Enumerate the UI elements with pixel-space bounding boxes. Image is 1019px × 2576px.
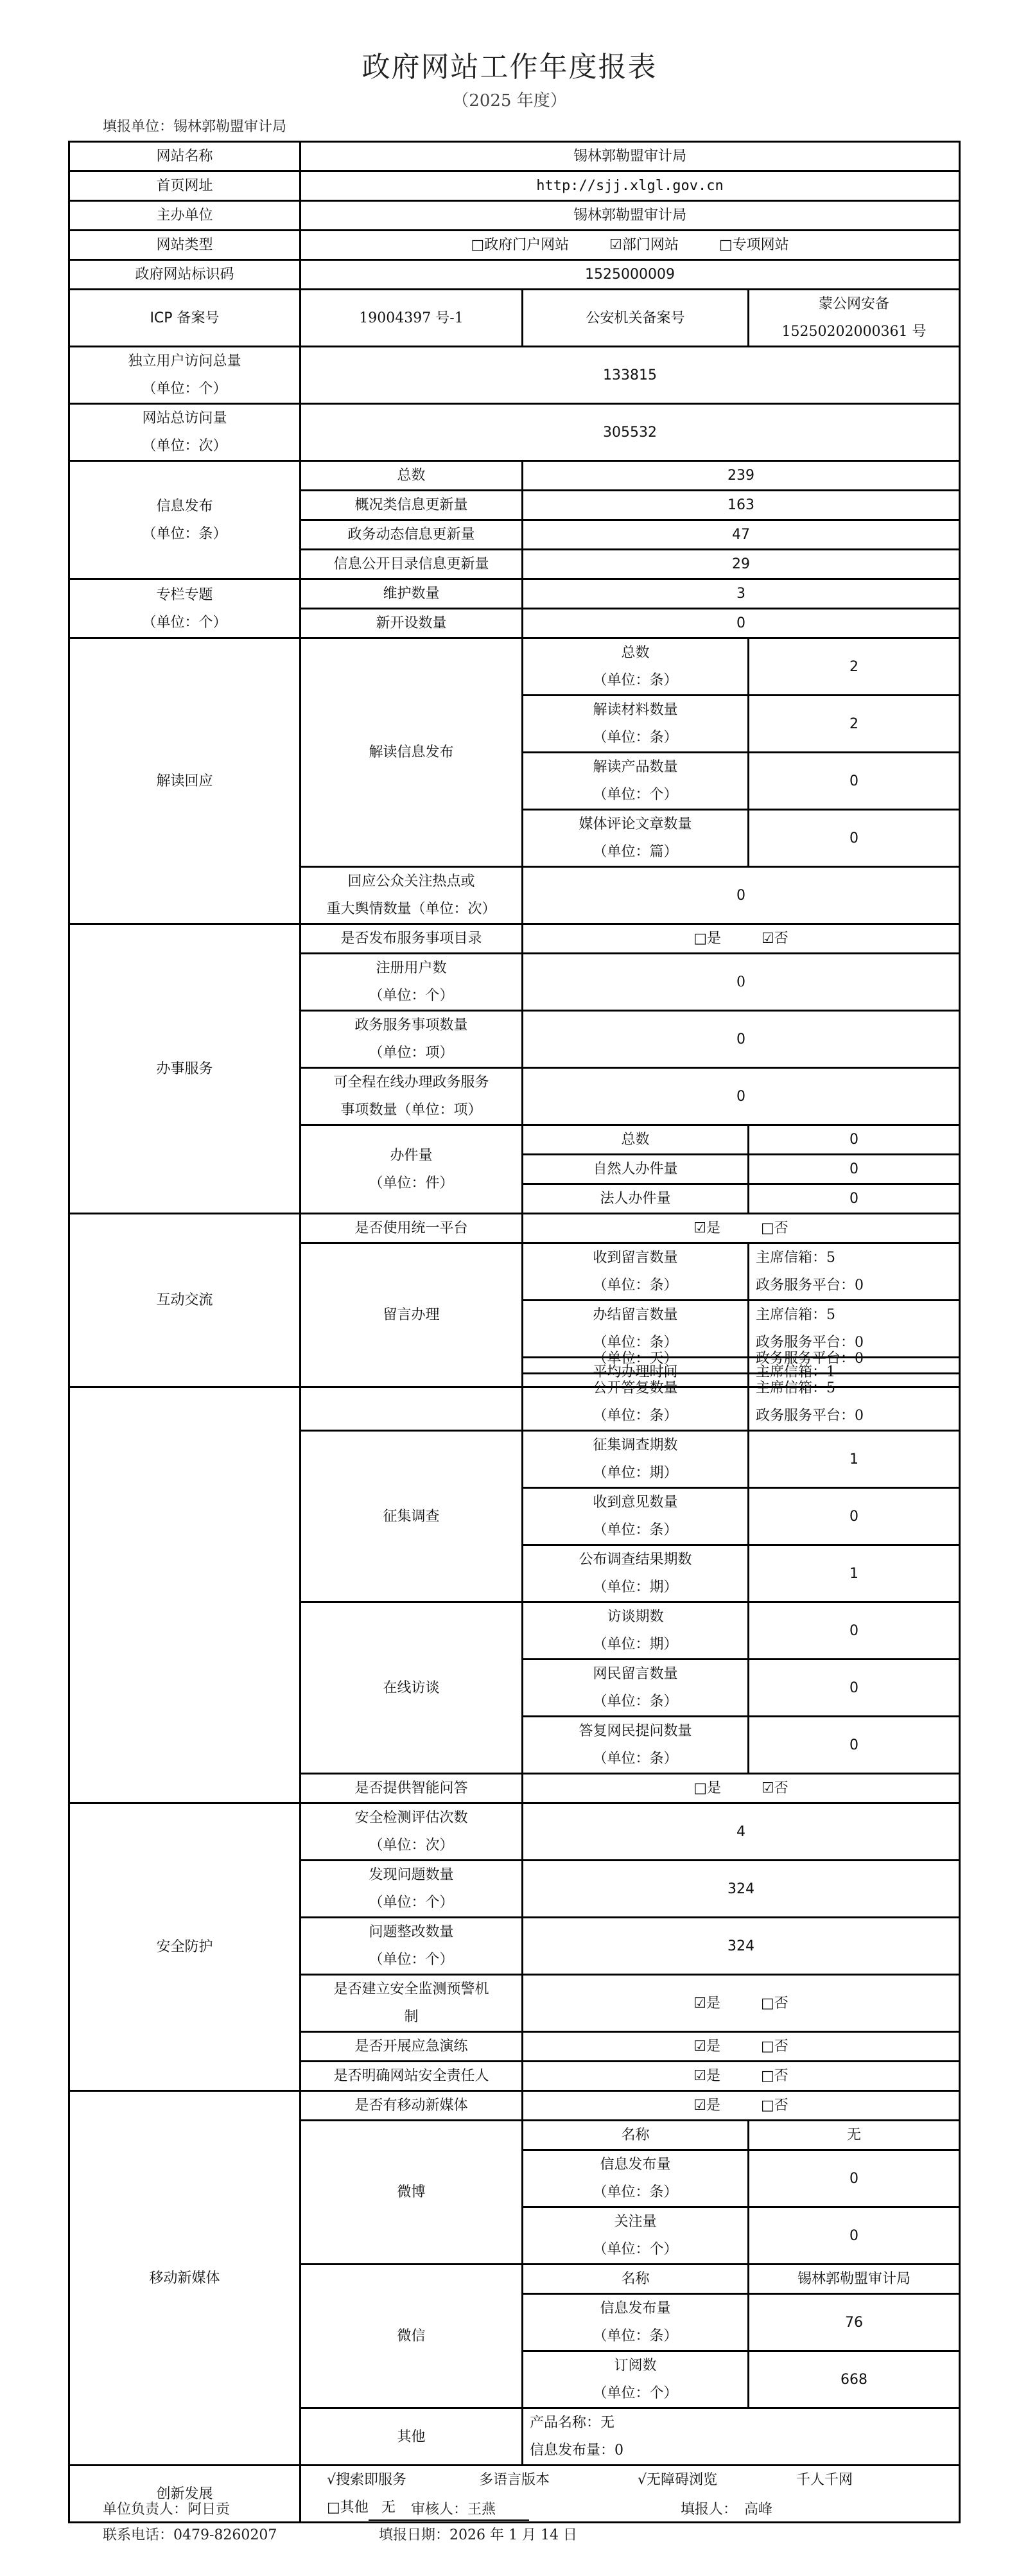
option-label: 部门网站 bbox=[622, 237, 679, 253]
label-line: 公开答复数量 bbox=[523, 1374, 747, 1402]
label-line: 公布调查结果期数 bbox=[523, 1546, 747, 1573]
unit-line: （单位：个） bbox=[301, 982, 521, 1010]
interview-label: 在线访谈 bbox=[300, 1602, 523, 1774]
unit-line: （单位：篇） bbox=[523, 838, 747, 866]
homepage-label: 首页网址 bbox=[69, 171, 300, 201]
wechat-posts-value: 76 bbox=[749, 2294, 960, 2351]
unit-line: （单位：个） bbox=[301, 1946, 521, 1974]
survey-periods-label: 征集调查期数（单位：期） bbox=[523, 1431, 749, 1488]
weibo-followers-value: 0 bbox=[749, 2207, 960, 2265]
site-type-portal-checkbox[interactable]: □政府门户网站 bbox=[471, 231, 569, 259]
innovation-options: √搜索即服务 多语言版本 √无障碍浏览 千人千网 □其他无 bbox=[300, 2466, 960, 2523]
option-label: 政府门户网站 bbox=[484, 237, 569, 253]
info-publish-label: 信息发布（单位：条） bbox=[69, 461, 300, 579]
option-label: 是 bbox=[707, 1780, 721, 1796]
received-messages-label: 收到留言数量（单位：条） bbox=[523, 1243, 749, 1301]
label-line: 可全程在线办理政务服务 bbox=[301, 1069, 521, 1096]
option-label: 搜索即服务 bbox=[336, 2472, 406, 2488]
checked-box-icon: ☑ bbox=[693, 1220, 706, 1236]
message-handling-continued bbox=[300, 1345, 523, 1431]
columns-new-value: 0 bbox=[523, 609, 960, 638]
label-line: 安全检测评估次数 bbox=[301, 1804, 521, 1832]
option-label: 否 bbox=[774, 2098, 788, 2114]
interp-media-value: 0 bbox=[749, 810, 960, 867]
unit-line: （单位：条） bbox=[523, 2322, 747, 2350]
unit-line: 事项数量（单位：项） bbox=[301, 1096, 521, 1124]
check-mark-icon: √ bbox=[638, 2472, 647, 2488]
monitoring-options: ☑是 □否 bbox=[523, 1975, 960, 2032]
label-line: 征集调查期数 bbox=[523, 1432, 747, 1459]
checked-box-icon: ☑ bbox=[693, 2038, 706, 2055]
wechat-name-value: 锡林郭勒盟审计局 bbox=[749, 2265, 960, 2294]
report-year: （2025 年度） bbox=[0, 87, 1019, 111]
option-label: 千人千网 bbox=[796, 2472, 853, 2488]
label-line: 办结留言数量 bbox=[523, 1301, 747, 1329]
issues-fixed-value: 324 bbox=[523, 1918, 960, 1975]
interp-media-label: 媒体评论文章数量（单位：篇） bbox=[523, 810, 749, 867]
received-messages-value: 主席信箱：5政务服务平台：0 bbox=[749, 1243, 960, 1301]
issues-found-value: 324 bbox=[523, 1861, 960, 1918]
innovation-multilingual[interactable]: 多语言版本 bbox=[479, 2466, 633, 2494]
case-natural-value: 0 bbox=[749, 1155, 960, 1184]
unit-line: （单位：个） bbox=[523, 2379, 747, 2407]
case-legal-label: 法人办件量 bbox=[523, 1184, 749, 1214]
security-label: 安全防护 bbox=[69, 1803, 300, 2091]
unit-line: （单位：期） bbox=[523, 1631, 747, 1658]
weibo-followers-label: 关注量（单位：个） bbox=[523, 2207, 749, 2265]
interaction-label-continued bbox=[69, 1345, 300, 1803]
info-overview-value: 163 bbox=[523, 491, 960, 520]
unchecked-box-icon: □ bbox=[761, 1220, 774, 1236]
services-label: 办事服务 bbox=[69, 924, 300, 1214]
label-line: 制 bbox=[301, 2003, 521, 2031]
option-label: 是 bbox=[706, 1995, 720, 2011]
wechat-posts-label: 信息发布量（单位：条） bbox=[523, 2294, 749, 2351]
opinions-label: 收到意见数量（单位：条） bbox=[523, 1488, 749, 1545]
wechat-label: 微信 bbox=[300, 2265, 523, 2408]
security-owner-no-checkbox[interactable]: □否 bbox=[761, 2062, 788, 2090]
label-line: 解读产品数量 bbox=[523, 753, 747, 781]
checked-box-icon: ☑ bbox=[609, 237, 622, 253]
value-line: 政务服务平台：0 bbox=[756, 1272, 959, 1299]
report-title: 政府网站工作年度报表 bbox=[0, 44, 1019, 85]
unchecked-box-icon: □ bbox=[761, 2068, 774, 2084]
weibo-posts-label: 信息发布量（单位：条） bbox=[523, 2150, 749, 2207]
weibo-name-value: 无 bbox=[749, 2121, 960, 2150]
label-line: 信息发布 bbox=[70, 493, 299, 520]
weibo-posts-value: 0 bbox=[749, 2150, 960, 2207]
site-name-value: 锡林郭勒盟审计局 bbox=[300, 142, 960, 171]
innovation-search-service[interactable]: √搜索即服务 bbox=[327, 2466, 475, 2494]
option-label: 否 bbox=[774, 1995, 788, 2011]
other-media-label: 其他 bbox=[300, 2408, 523, 2466]
report-table-page1: 网站名称 锡林郭勒盟审计局 首页网址 http://sjj.xlgl.gov.c… bbox=[68, 141, 961, 1388]
drill-label: 是否开展应急演练 bbox=[300, 2032, 523, 2062]
label-line: 问题整改数量 bbox=[301, 1918, 521, 1946]
label-line: 政务服务事项数量 bbox=[301, 1012, 521, 1039]
case-volume-label: 办件量（单位：件） bbox=[300, 1125, 523, 1214]
unified-platform-label: 是否使用统一平台 bbox=[300, 1214, 523, 1243]
option-label: 专项网站 bbox=[733, 237, 789, 253]
interp-total-label: 总数（单位：条） bbox=[523, 638, 749, 696]
has-mobile-label: 是否有移动新媒体 bbox=[300, 2091, 523, 2121]
case-total-label: 总数 bbox=[523, 1125, 749, 1155]
police-record-value: 蒙公网安备15250202000361 号 bbox=[749, 290, 960, 347]
unit-line: （单位：个） bbox=[523, 2236, 747, 2263]
security-owner-options: ☑是 □否 bbox=[523, 2062, 960, 2091]
label-line: 收到意见数量 bbox=[523, 1489, 747, 1516]
online-items-value: 0 bbox=[523, 1068, 960, 1125]
unit-line: （单位：条） bbox=[523, 667, 747, 694]
unchecked-box-icon: □ bbox=[761, 2098, 774, 2114]
option-label: 是 bbox=[707, 931, 721, 947]
service-catalog-options: □是 ☑否 bbox=[523, 924, 960, 954]
netizen-messages-label: 网民留言数量（单位：条） bbox=[523, 1660, 749, 1717]
drill-options: ☑是 □否 bbox=[523, 2032, 960, 2062]
wechat-name-label: 名称 bbox=[523, 2265, 749, 2294]
label-line: 收到留言数量 bbox=[523, 1244, 747, 1272]
unit-line: （单位：条） bbox=[70, 520, 299, 548]
innovation-personalized[interactable]: 千人千网 bbox=[796, 2466, 853, 2494]
police-record-label: 公安机关备案号 bbox=[523, 290, 749, 347]
avg-time-unit: （单位：天） bbox=[523, 1345, 749, 1374]
value-line: 主席信箱：5 bbox=[756, 1301, 959, 1329]
info-news-value: 47 bbox=[523, 520, 960, 550]
security-owner-label: 是否明确网站安全责任人 bbox=[300, 2062, 523, 2091]
option-label: 否 bbox=[774, 2038, 788, 2055]
unique-visits-value: 133815 bbox=[300, 347, 960, 404]
unit-line: 重大舆情数量（单位：次） bbox=[301, 895, 521, 923]
unchecked-box-icon: □ bbox=[719, 237, 733, 253]
survey-results-label: 公布调查结果期数（单位：期） bbox=[523, 1545, 749, 1602]
unit-line: （单位：条） bbox=[523, 1272, 747, 1299]
label-line: 网站总访问量 bbox=[70, 405, 299, 432]
netizen-answers-value: 0 bbox=[749, 1717, 960, 1774]
unit-line: （单位：条） bbox=[523, 1688, 747, 1715]
survey-periods-value: 1 bbox=[749, 1431, 960, 1488]
report-table-page2: （单位：天） 政务服务平台：0 公开答复数量（单位：条） 主席信箱：5政务服务平… bbox=[68, 1345, 961, 2523]
sponsor-value: 锡林郭勒盟审计局 bbox=[300, 201, 960, 231]
innovation-row: √搜索即服务 多语言版本 √无障碍浏览 千人千网 bbox=[327, 2466, 959, 2494]
option-label: 是 bbox=[706, 2068, 720, 2084]
option-label: 是 bbox=[706, 1220, 720, 1236]
unified-platform-yes-checkbox[interactable]: ☑是 bbox=[693, 1214, 720, 1242]
interp-materials-label: 解读材料数量（单位：条） bbox=[523, 696, 749, 753]
police-record-line1: 蒙公网安备 bbox=[749, 290, 959, 318]
response-value: 0 bbox=[523, 867, 960, 924]
interp-total-value: 2 bbox=[749, 638, 960, 696]
avg-time-value-line2: 政务服务平台：0 bbox=[749, 1345, 960, 1374]
netizen-answers-label: 答复网民提问数量（单位：条） bbox=[523, 1717, 749, 1774]
label-line: 信息发布量 bbox=[523, 2151, 747, 2178]
checked-box-icon: ☑ bbox=[693, 2098, 706, 2114]
filler-person: 填报人： 高峰 bbox=[681, 2498, 772, 2518]
has-mobile-yes-checkbox[interactable]: ☑是 bbox=[693, 2092, 720, 2119]
unchecked-box-icon: □ bbox=[761, 1995, 774, 2011]
unit-line: （单位：期） bbox=[523, 1459, 747, 1487]
option-label: 否 bbox=[774, 931, 788, 947]
service-catalog-yes-checkbox[interactable]: □是 bbox=[693, 925, 721, 952]
case-natural-label: 自然人办件量 bbox=[523, 1155, 749, 1184]
value-line: 产品名称：无 bbox=[530, 2409, 959, 2437]
checked-box-icon: ☑ bbox=[762, 931, 774, 947]
unique-visits-label: 独立用户访问总量（单位：个） bbox=[69, 347, 300, 404]
columns-new-label: 新开设数量 bbox=[300, 609, 523, 638]
value-line: 主席信箱：5 bbox=[756, 1374, 959, 1402]
label-line: 答复网民提问数量 bbox=[523, 1717, 747, 1745]
monitoring-yes-checkbox[interactable]: ☑是 bbox=[693, 1990, 720, 2017]
unit-line: （单位：条） bbox=[523, 1745, 747, 1773]
unchecked-box-icon: □ bbox=[693, 931, 707, 947]
has-mobile-no-checkbox[interactable]: □否 bbox=[761, 2092, 788, 2119]
unit-line: （单位：项） bbox=[301, 1039, 521, 1067]
label-line: 发现问题数量 bbox=[301, 1861, 521, 1889]
label-line: 解读材料数量 bbox=[523, 696, 747, 724]
interp-materials-value: 2 bbox=[749, 696, 960, 753]
label-line: 专栏专题 bbox=[70, 581, 299, 609]
unchecked-box-icon: □ bbox=[471, 237, 484, 253]
info-overview-label: 概况类信息更新量 bbox=[300, 491, 523, 520]
label-line: 注册用户数 bbox=[301, 954, 521, 982]
value-line: 政务服务平台：0 bbox=[756, 1402, 959, 1430]
smart-qa-options: □是 ☑否 bbox=[523, 1774, 960, 1803]
unit-line: （单位：期） bbox=[523, 1573, 747, 1601]
info-catalog-label: 信息公开目录信息更新量 bbox=[300, 550, 523, 579]
value-line: 主席信箱：5 bbox=[756, 1244, 959, 1272]
smart-qa-label: 是否提供智能问答 bbox=[300, 1774, 523, 1803]
option-label: 多语言版本 bbox=[479, 2472, 550, 2488]
option-label: 否 bbox=[774, 1780, 788, 1796]
service-catalog-label: 是否发布服务事项目录 bbox=[300, 924, 523, 954]
interview-periods-label: 访谈期数（单位：期） bbox=[523, 1602, 749, 1660]
unit-line: （单位：次） bbox=[301, 1832, 521, 1859]
survey-label: 征集调查 bbox=[300, 1431, 523, 1602]
site-code-label: 政府网站标识码 bbox=[69, 260, 300, 290]
site-type-options: □政府门户网站 ☑部门网站 □专项网站 bbox=[300, 231, 960, 260]
interview-periods-value: 0 bbox=[749, 1602, 960, 1660]
icp-value: 19004397 号-1 bbox=[300, 290, 523, 347]
label-line: 回应公众关注热点或 bbox=[301, 868, 521, 895]
columns-label: 专栏专题（单位：个） bbox=[69, 579, 300, 638]
label-line: 网民留言数量 bbox=[523, 1660, 747, 1688]
netizen-messages-value: 0 bbox=[749, 1660, 960, 1717]
unified-platform-options: ☑是 □否 bbox=[523, 1214, 960, 1243]
info-total-label: 总数 bbox=[300, 461, 523, 491]
option-label: 否 bbox=[774, 1220, 788, 1236]
unified-platform-no-checkbox[interactable]: □否 bbox=[761, 1214, 788, 1242]
option-label: 是 bbox=[706, 2038, 720, 2055]
interpretation-publish-label: 解读信息发布 bbox=[300, 638, 523, 867]
label-line: 访谈期数 bbox=[523, 1603, 747, 1631]
columns-maintained-label: 维护数量 bbox=[300, 579, 523, 609]
checked-box-icon: ☑ bbox=[693, 1995, 706, 2011]
security-checks-label: 安全检测评估次数（单位：次） bbox=[300, 1803, 523, 1861]
monitoring-label: 是否建立安全监测预警机制 bbox=[300, 1975, 523, 2032]
unchecked-box-icon[interactable]: □ bbox=[327, 2500, 340, 2516]
sponsor-label: 主办单位 bbox=[69, 201, 300, 231]
monitoring-no-checkbox[interactable]: □否 bbox=[761, 1990, 788, 2017]
unit-line: （单位：条） bbox=[523, 1402, 747, 1430]
label-line: 是否建立安全监测预警机 bbox=[301, 1976, 521, 2003]
unit-line: （单位：个） bbox=[70, 375, 299, 403]
interp-products-value: 0 bbox=[749, 753, 960, 810]
icp-label: ICP 备案号 bbox=[69, 290, 300, 347]
option-label: 其他 bbox=[340, 2500, 369, 2516]
case-legal-value: 0 bbox=[749, 1184, 960, 1214]
homepage-link[interactable]: http://sjj.xlgl.gov.cn bbox=[300, 171, 960, 201]
weibo-label: 微博 bbox=[300, 2121, 523, 2265]
option-label: 否 bbox=[774, 2068, 788, 2084]
unit-line: （单位：条） bbox=[523, 2178, 747, 2206]
smart-qa-no-checkbox[interactable]: ☑否 bbox=[762, 1774, 788, 1802]
unit-line: （单位：次） bbox=[70, 432, 299, 460]
option-label: 无障碍浏览 bbox=[647, 2472, 717, 2488]
info-news-label: 政务动态信息更新量 bbox=[300, 520, 523, 550]
label-line: 办件量 bbox=[301, 1142, 521, 1170]
smart-qa-yes-checkbox[interactable]: □是 bbox=[693, 1774, 721, 1802]
unchecked-box-icon: □ bbox=[761, 2038, 774, 2055]
unit-line: （单位：个） bbox=[523, 781, 747, 809]
unit-line: （单位：条） bbox=[523, 724, 747, 751]
site-name-label: 网站名称 bbox=[69, 142, 300, 171]
unchecked-box-icon: □ bbox=[693, 1780, 707, 1796]
contact-phone: 联系电话：0479-8260207 bbox=[103, 2524, 277, 2544]
site-type-label: 网站类型 bbox=[69, 231, 300, 260]
info-total-value: 239 bbox=[523, 461, 960, 491]
service-items-value: 0 bbox=[523, 1011, 960, 1068]
label-line: 媒体评论文章数量 bbox=[523, 810, 747, 838]
info-catalog-value: 29 bbox=[523, 550, 960, 579]
unit-line: （单位：个） bbox=[70, 609, 299, 636]
opinions-value: 0 bbox=[749, 1488, 960, 1545]
police-record-line2: 15250202000361 号 bbox=[749, 318, 959, 346]
security-checks-value: 4 bbox=[523, 1803, 960, 1861]
label-line: 订阅数 bbox=[523, 2352, 747, 2379]
public-replies-label: 公开答复数量（单位：条） bbox=[523, 1374, 749, 1431]
reviewer: 审核人：王燕 bbox=[411, 2498, 496, 2518]
interp-products-label: 解读产品数量（单位：个） bbox=[523, 753, 749, 810]
online-items-label: 可全程在线办理政务服务事项数量（单位：项） bbox=[300, 1068, 523, 1125]
label-line: 独立用户访问总量 bbox=[70, 347, 299, 375]
survey-results-value: 1 bbox=[749, 1545, 960, 1602]
check-mark-icon: √ bbox=[327, 2472, 336, 2488]
drill-no-checkbox[interactable]: □否 bbox=[761, 2033, 788, 2060]
columns-maintained-value: 3 bbox=[523, 579, 960, 609]
has-mobile-options: ☑是 □否 bbox=[523, 2091, 960, 2121]
site-type-special-checkbox[interactable]: □专项网站 bbox=[719, 231, 789, 259]
issues-fixed-label: 问题整改数量（单位：个） bbox=[300, 1918, 523, 1975]
label-line: 信息发布量 bbox=[523, 2295, 747, 2322]
issues-found-label: 发现问题数量（单位：个） bbox=[300, 1861, 523, 1918]
other-media-value: 产品名称：无信息发布量：0 bbox=[523, 2408, 960, 2466]
label-line: 总数 bbox=[523, 639, 747, 667]
total-visits-label: 网站总访问量（单位：次） bbox=[69, 404, 300, 461]
mobile-media-label: 移动新媒体 bbox=[69, 2091, 300, 2466]
weibo-name-label: 名称 bbox=[523, 2121, 749, 2150]
total-visits-value: 305532 bbox=[300, 404, 960, 461]
innovation-accessibility[interactable]: √无障碍浏览 bbox=[638, 2466, 792, 2494]
filling-unit: 填报单位：锡林郭勒盟审计局 bbox=[103, 116, 286, 136]
wechat-subscribers-value: 668 bbox=[749, 2351, 960, 2408]
public-replies-value: 主席信箱：5政务服务平台：0 bbox=[749, 1374, 960, 1431]
wechat-subscribers-label: 订阅数（单位：个） bbox=[523, 2351, 749, 2408]
site-code-value: 1525000009 bbox=[300, 260, 960, 290]
case-total-value: 0 bbox=[749, 1125, 960, 1155]
unit-line: （单位：条） bbox=[523, 1516, 747, 1544]
option-label: 是 bbox=[706, 2098, 720, 2114]
registered-users-value: 0 bbox=[523, 954, 960, 1011]
site-type-department-checkbox[interactable]: ☑部门网站 bbox=[609, 231, 679, 259]
drill-yes-checkbox[interactable]: ☑是 bbox=[693, 2033, 720, 2060]
service-items-label: 政务服务事项数量（单位：项） bbox=[300, 1011, 523, 1068]
unit-head: 单位负责人：阿日贡 bbox=[103, 2498, 230, 2518]
label-line: 关注量 bbox=[523, 2208, 747, 2236]
unit-line: （单位：个） bbox=[301, 1889, 521, 1916]
response-label: 回应公众关注热点或重大舆情数量（单位：次） bbox=[300, 867, 523, 924]
checked-box-icon: ☑ bbox=[693, 2068, 706, 2084]
registered-users-label: 注册用户数（单位：个） bbox=[300, 954, 523, 1011]
service-catalog-no-checkbox[interactable]: ☑否 bbox=[762, 925, 788, 952]
checked-box-icon: ☑ bbox=[762, 1780, 774, 1796]
unit-line: （单位：件） bbox=[301, 1170, 521, 1197]
interpretation-label: 解读回应 bbox=[69, 638, 300, 924]
value-line: 信息发布量：0 bbox=[530, 2437, 959, 2464]
fill-date: 填报日期：2026 年 1 月 14 日 bbox=[379, 2524, 577, 2544]
security-owner-yes-checkbox[interactable]: ☑是 bbox=[693, 2062, 720, 2090]
